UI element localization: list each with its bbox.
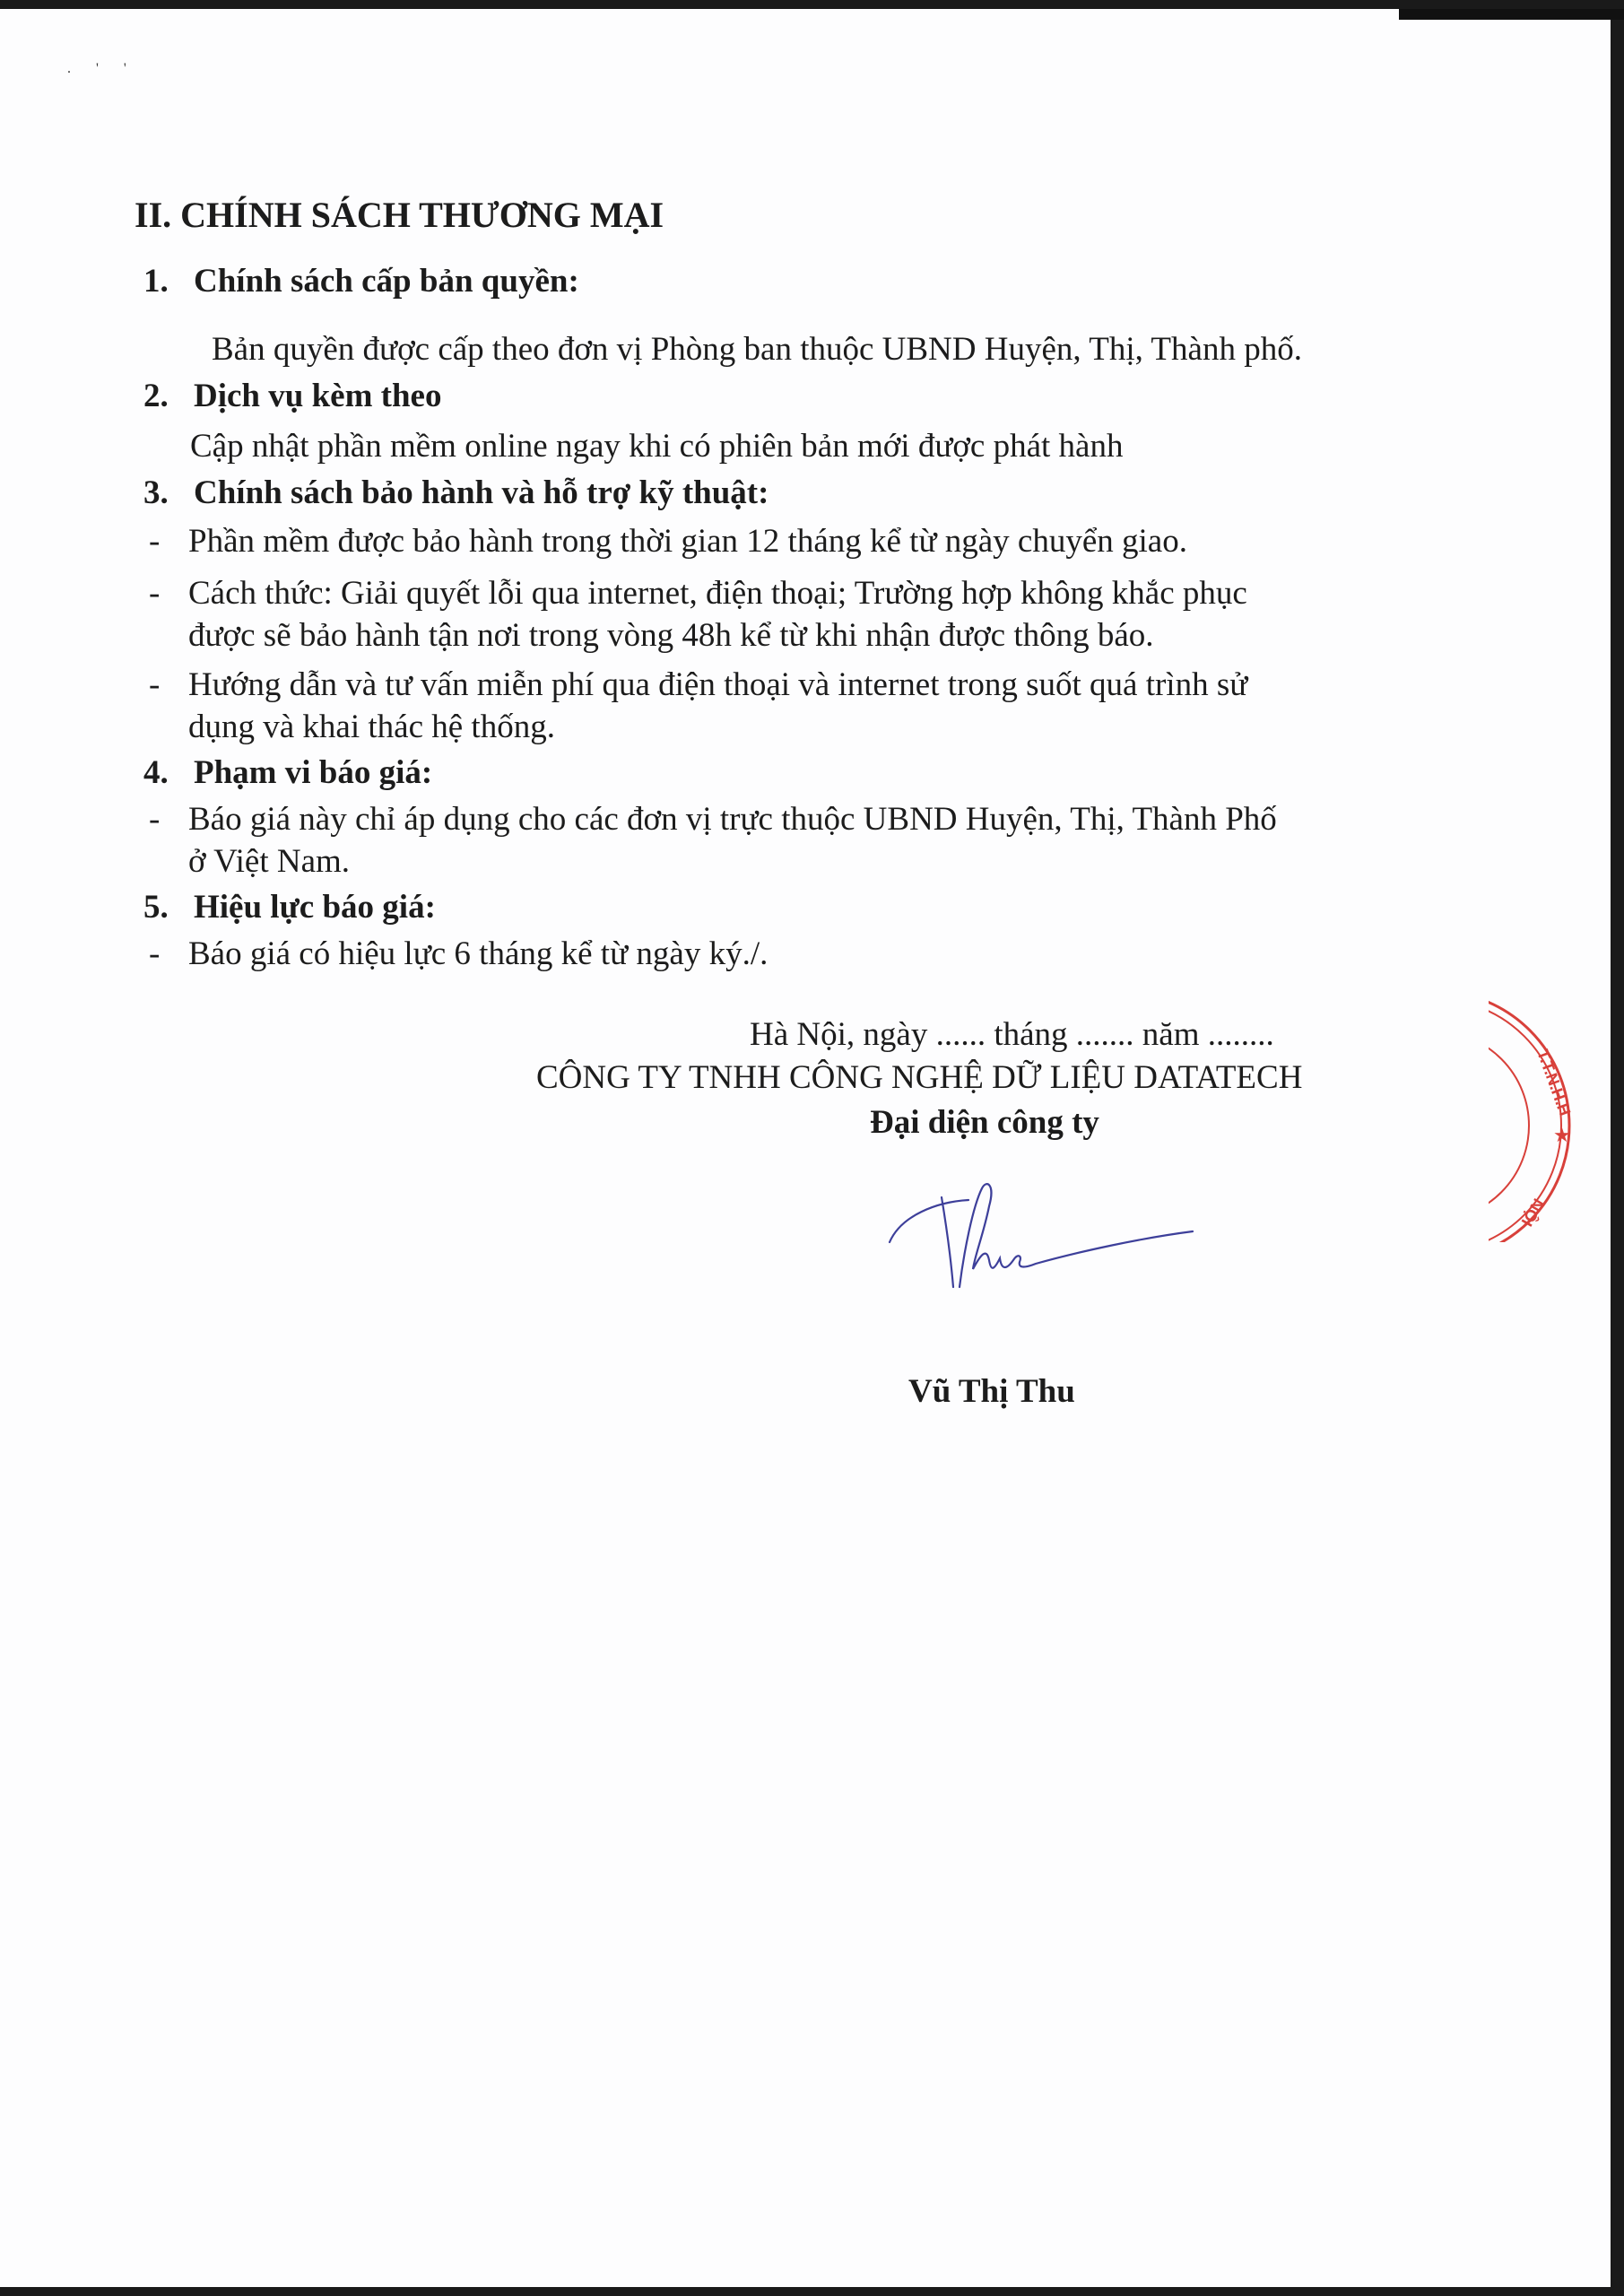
item-2-text: Cập nhật phần mềm online ngay khi có phi… [190, 427, 1123, 466]
representative-role: Đại diện công ty [870, 1103, 1099, 1143]
item-3-bullet-2-line-1: Cách thức: Giải quyết lỗi qua internet, … [188, 574, 1247, 613]
item-3-bullet-1: Phần mềm được bảo hành trong thời gian 1… [188, 522, 1187, 561]
company-name: CÔNG TY TNHH CÔNG NGHỆ DỮ LIỆU DATATECH [536, 1058, 1302, 1098]
bullet-dash: - [149, 574, 160, 613]
scan-border [1399, 9, 1624, 20]
document-page: . ' ' II. CHÍNH SÁCH THƯƠNG MẠI 1.Chính … [0, 9, 1611, 2287]
stamp-text-2: NỘI [1518, 1196, 1549, 1230]
company-stamp: T.T.N.H.H ★ NỘI [1489, 982, 1624, 1242]
stamp-text: T.T.N.H.H [1533, 1048, 1574, 1118]
item-4-bullet-1-line-2: ở Việt Nam. [188, 842, 350, 882]
item-1-text: Bản quyền được cấp theo đơn vị Phòng ban… [212, 330, 1302, 370]
bullet-dash: - [149, 800, 160, 839]
bullet-dash: - [149, 665, 160, 705]
place-date: Hà Nội, ngày ...... tháng ....... năm ..… [750, 1015, 1274, 1055]
item-1-heading: 1.Chính sách cấp bản quyền: [143, 262, 579, 301]
section-title: II. CHÍNH SÁCH THƯƠNG MẠI [135, 196, 664, 235]
item-3-bullet-3-line-1: Hướng dẫn và tư vấn miễn phí qua điện th… [188, 665, 1247, 705]
item-5-heading: 5.Hiệu lực báo giá: [143, 888, 436, 927]
item-4-bullet-1-line-1: Báo giá này chỉ áp dụng cho các đơn vị t… [188, 800, 1277, 839]
bullet-dash: - [149, 935, 160, 974]
item-5-bullet-1: Báo giá có hiệu lực 6 tháng kể từ ngày k… [188, 935, 768, 974]
handwritten-signature [874, 1170, 1206, 1314]
item-4-heading: 4.Phạm vi báo giá: [143, 753, 432, 793]
signer-name: Vũ Thị Thu [908, 1372, 1075, 1412]
bullet-dash: - [149, 522, 160, 561]
star-icon: ★ [1553, 1124, 1571, 1146]
item-3-bullet-2-line-2: được sẽ bảo hành tận nơi trong vòng 48h … [188, 616, 1154, 656]
item-3-heading: 3.Chính sách bảo hành và hỗ trợ kỹ thuật… [143, 474, 769, 513]
scan-specks: . ' ' [67, 61, 137, 77]
item-2-heading: 2.Dịch vụ kèm theo [143, 377, 441, 416]
item-3-bullet-3-line-2: dụng và khai thác hệ thống. [188, 708, 555, 747]
